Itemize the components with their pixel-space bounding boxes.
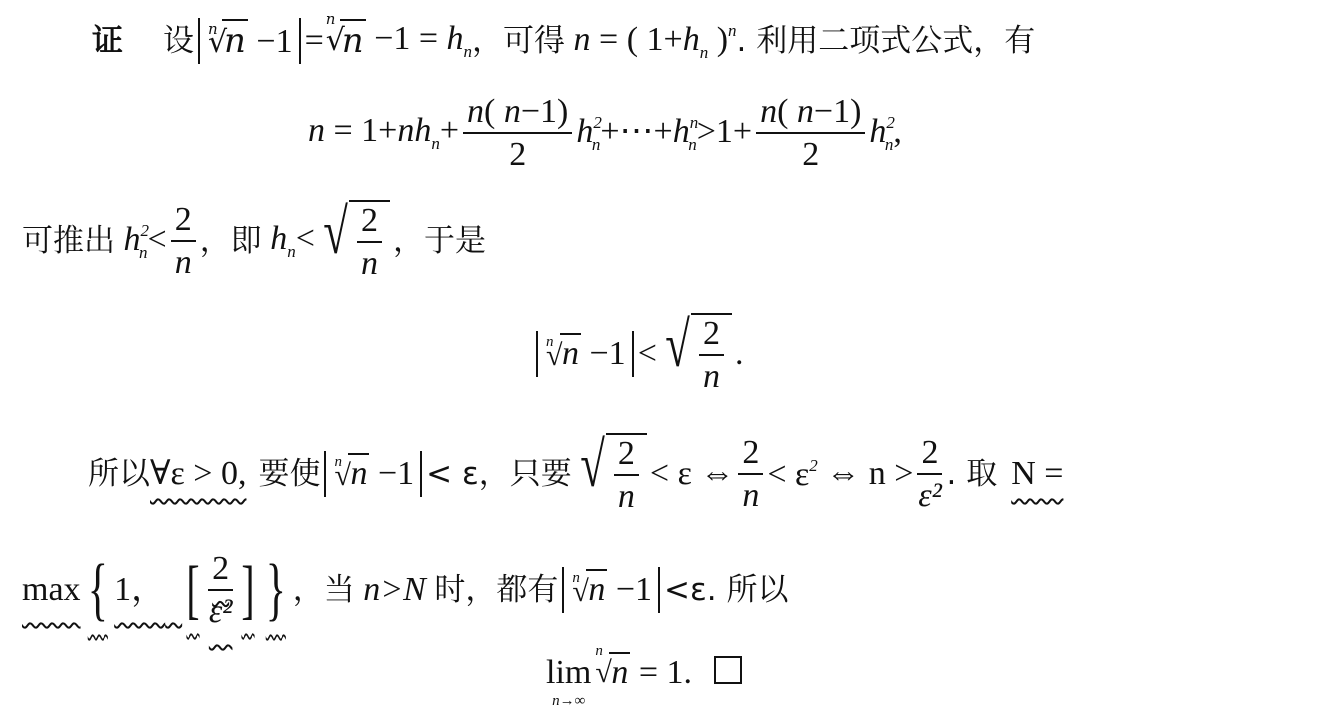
proof-line-7: limn→∞ n√n = 1. xyxy=(546,656,742,720)
fraction: 2n xyxy=(171,201,196,282)
proof-line-4: n√n −1 < √2n . xyxy=(532,306,744,402)
set-text: 设 xyxy=(163,26,194,57)
abs-nth-root-minus-one: n√n −1 xyxy=(198,18,301,64)
fraction: 2n xyxy=(738,434,763,515)
proof-line-6: max { 1， [ 2ε² ] } ，当 n>N 时，都有 n√n −1 <ε… xyxy=(22,540,789,640)
nth-root: n√n xyxy=(324,24,366,58)
N-definition-emphasis: N = xyxy=(1011,457,1063,491)
abs-nth-root-minus-one: n√n −1 xyxy=(562,567,660,613)
proof-line-3: 可推出 h2n< 2n ，即 hn< √2n ，于是 xyxy=(22,196,486,286)
max-expression-emphasis: max { 1， [ 2ε² ] } xyxy=(22,550,293,631)
equals: = xyxy=(305,24,324,58)
square-root: √2n xyxy=(660,313,732,396)
proof-label: 证 xyxy=(92,26,123,57)
fraction: n( n−1)2 xyxy=(463,93,572,174)
square-root: √2n xyxy=(575,433,647,516)
comma-text: ，可得 xyxy=(472,26,565,57)
qed-box-icon xyxy=(714,656,742,684)
abs-nth-root-minus-one: n√n −1 xyxy=(324,451,422,497)
nth-root: n√n xyxy=(206,18,248,64)
fraction: n( n−1)2 xyxy=(756,93,865,174)
nth-root: n√n xyxy=(593,656,630,690)
proof-line-1: 证 设 n√n −1 = n√n −1 = hn ，可得 n = ( 1+hn … xyxy=(92,18,1035,64)
square-root: √2n xyxy=(318,200,390,283)
fraction: 2ε² xyxy=(917,434,942,515)
abs-nth-root-minus-one: n√n −1 xyxy=(536,331,634,377)
proof-line-5: 所以 ∀ε > 0, 要使 n√n −1 < ε，只要 √2n < ε ⇔ 2n… xyxy=(88,424,1063,524)
binomial-text: . 利用二项式公式，有 xyxy=(737,26,1036,57)
limit-operator: limn→∞ xyxy=(546,656,591,709)
forall-epsilon-emphasis: ∀ε > 0, xyxy=(150,457,246,491)
proof-line-2: n = 1+nhn+ n( n−1)2 h2n+⋯+hnn>1+ n( n−1)… xyxy=(308,88,902,178)
